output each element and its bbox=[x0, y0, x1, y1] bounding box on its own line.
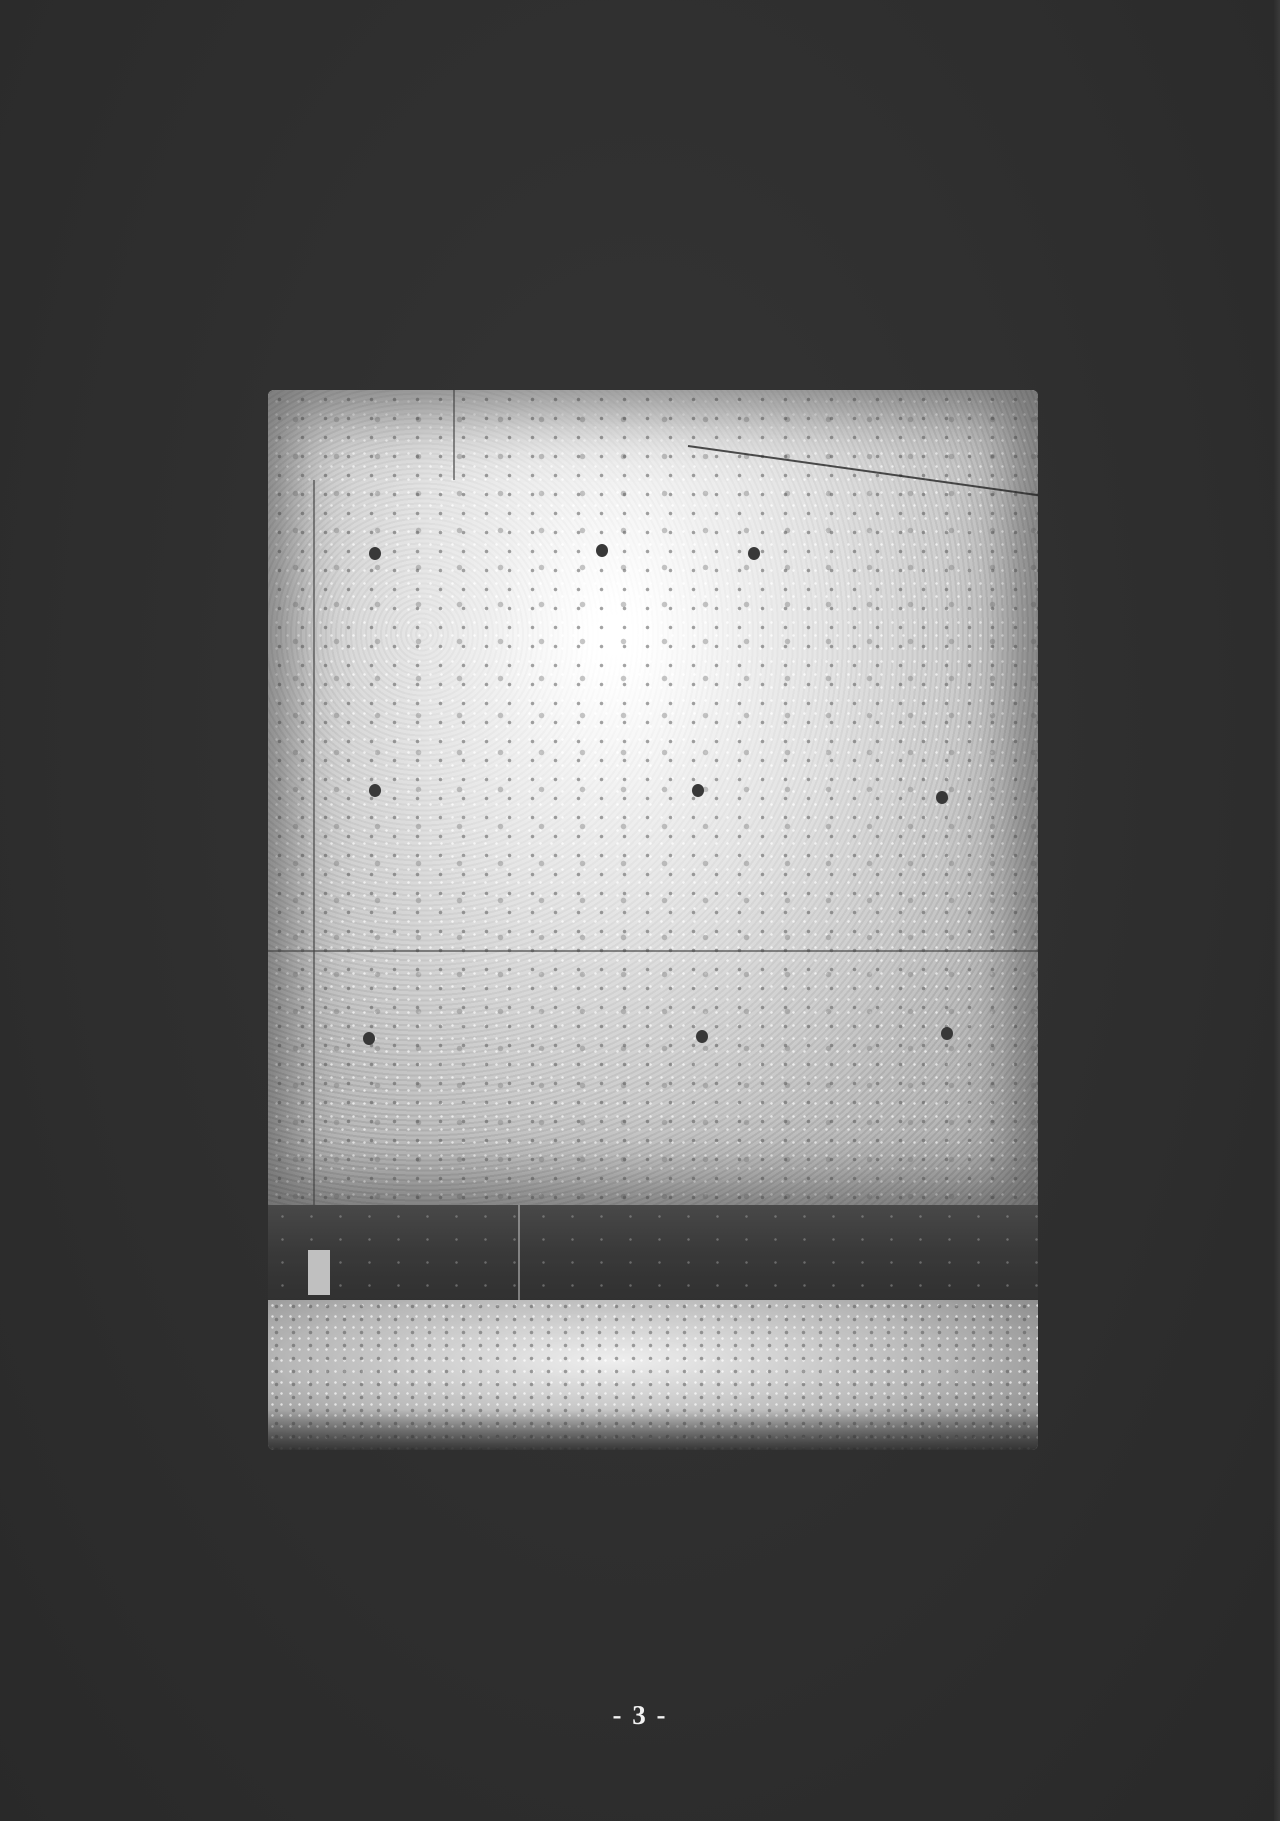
page-number: - 3 - bbox=[0, 1700, 1280, 1731]
scanned-page: - 3 - bbox=[0, 0, 1280, 1821]
tie-hole bbox=[369, 547, 381, 560]
page-edge bbox=[1274, 0, 1280, 1821]
tie-hole bbox=[748, 547, 760, 560]
tie-hole bbox=[363, 1032, 375, 1045]
tie-hole bbox=[369, 784, 381, 797]
tie-hole bbox=[696, 1030, 708, 1043]
concrete-wall-photo bbox=[268, 390, 1038, 1450]
tie-hole bbox=[941, 1027, 953, 1040]
tie-hole bbox=[936, 791, 948, 804]
plinth-crack bbox=[518, 1205, 520, 1300]
panel-seam bbox=[313, 480, 315, 1205]
panel-seam bbox=[453, 390, 455, 480]
small-post bbox=[308, 1250, 330, 1295]
plinth-band bbox=[268, 1205, 1038, 1300]
tie-hole bbox=[596, 544, 608, 557]
panel-seam bbox=[268, 950, 1038, 952]
wall-panels bbox=[268, 390, 1038, 1205]
pavement bbox=[268, 1300, 1038, 1450]
tie-hole bbox=[692, 784, 704, 797]
